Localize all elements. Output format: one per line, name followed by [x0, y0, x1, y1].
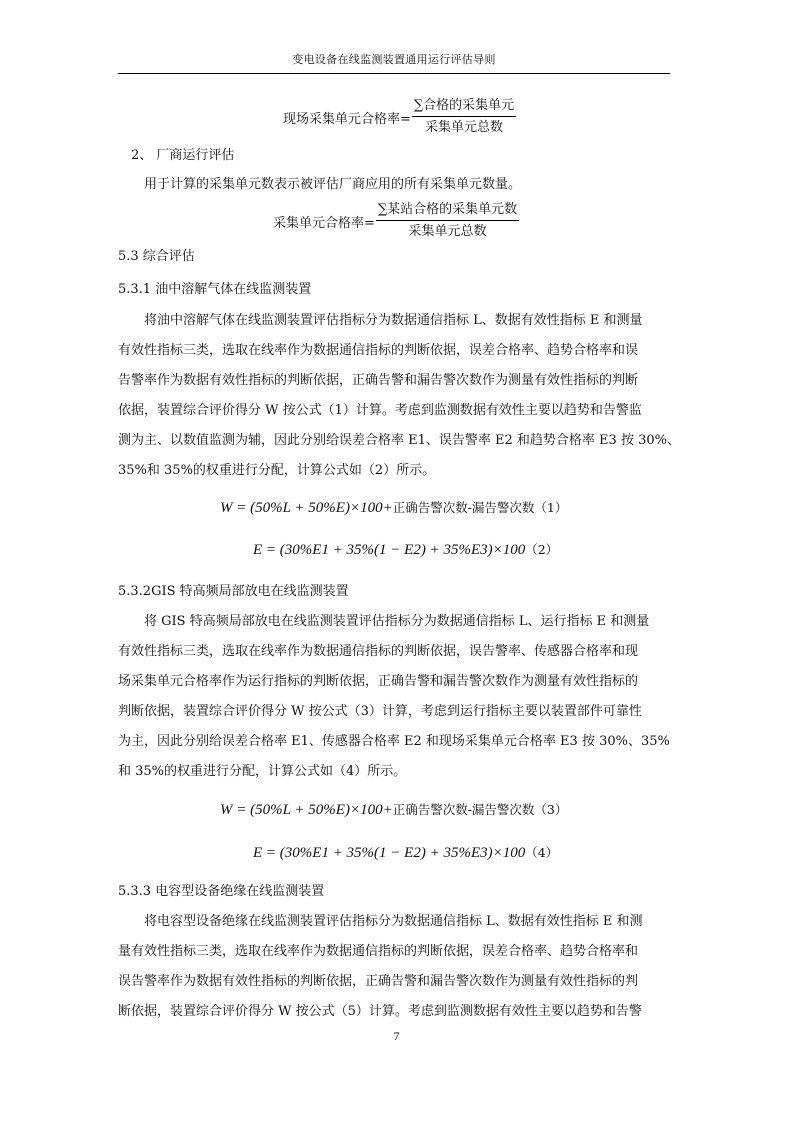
paragraph-line: 依据，装置综合评价得分 W 按公式（1）计算。考虑到监测数据有效性主要以趋势和告…	[118, 402, 678, 420]
paragraph-line: 有效性指标三类，选取在线率作为数据通信指标的判断依据，误差合格率、趋势合格率和误	[118, 342, 678, 360]
paragraph-line: 误告警率作为数据有效性指标的判断依据，正确告警和漏告警次数作为测量有效性指标的判	[118, 973, 678, 991]
paragraph-line: 将油中溶解气体在线监测装置评估指标分为数据通信指标 L、数据有效性指标 E 和测…	[144, 312, 704, 330]
page-number: 7	[0, 1029, 793, 1044]
equation-4: E = (30%E1 + 35%(1 − E2) + 35%E3)×100（4）	[253, 843, 558, 863]
paragraph-line: 为主，因此分别给误差合格率 E1、传感器合格率 E2 和现场采集单元合格率 E3…	[118, 733, 678, 751]
paragraph-line: 判断依据，装置综合评价得分 W 按公式（3）计算，考虑到运行指标主要以装置部件可…	[118, 703, 678, 721]
equation-math: E = (30%E1 + 35%(1 − E2) + 35%E3)×100	[253, 845, 525, 861]
paragraph-line: 测为主、以数值监测为辅，因此分别给误差合格率 E1、误告警率 E2 和趋势合格率…	[118, 432, 678, 450]
running-header: 变电设备在线监测装置通用运行评估导则	[118, 52, 670, 68]
section-heading-vendor-eval: 2、 厂商运行评估	[131, 147, 691, 165]
formula-field-unit-pass-rate: 现场采集单元合格率= ∑合格的采集单元 采集单元总数	[283, 98, 516, 136]
equation-text: 正确告警次数-漏告警次数（3）	[393, 802, 568, 817]
paragraph-line: 场采集单元合格率作为运行指标的判断依据，正确告警和漏告警次数作为测量有效性指标的	[118, 673, 678, 691]
formula-lhs: 现场采集单元合格率=	[283, 108, 411, 127]
paragraph-line: 和 35%的权重进行分配，计算公式如（4）所示。	[118, 763, 678, 781]
equation-text: （4）	[525, 845, 558, 860]
equation-text: （2）	[525, 542, 558, 557]
section-heading-5-3-3: 5.3.3 电容型设备绝缘在线监测装置	[118, 883, 678, 901]
paragraph-line: 有效性指标三类，选取在线率作为数据通信指标的判断依据，误告警率、传感器合格率和现	[118, 643, 678, 661]
formula-unit-pass-rate: 采集单元合格率= ∑某站合格的采集单元数 采集单元总数	[273, 202, 519, 240]
formula-lhs: 采集单元合格率=	[273, 212, 375, 231]
section-heading-5-3-1: 5.3.1 油中溶解气体在线监测装置	[118, 281, 678, 299]
denominator: 采集单元总数	[409, 221, 487, 240]
fraction: ∑某站合格的采集单元数 采集单元总数	[376, 202, 519, 240]
equation-math: W = (50%L + 50%E)×100+	[220, 802, 393, 818]
section-heading-5-3-2: 5.3.2GIS 特高频局部放电在线监测装置	[118, 583, 678, 601]
section-heading-5-3: 5.3 综合评估	[118, 248, 678, 266]
equation-2: E = (30%E1 + 35%(1 − E2) + 35%E3)×100（2）	[253, 540, 558, 560]
equation-math: W = (50%L + 50%E)×100+	[220, 500, 393, 516]
equation-math: E = (30%E1 + 35%(1 − E2) + 35%E3)×100	[253, 542, 525, 558]
equation-text: 正确告警次数-漏告警次数（1）	[393, 500, 568, 515]
paragraph-line: 量有效性指标三类，选取在线率作为数据通信指标的判断依据，误差合格率、趋势合格率和	[118, 943, 678, 961]
paragraph-line: 将 GIS 特高频局部放电在线监测装置评估指标分为数据通信指标 L、运行指标 E…	[144, 613, 704, 631]
paragraph-line: 告警率作为数据有效性指标的判断依据，正确告警和漏告警次数作为测量有效性指标的判断	[118, 372, 678, 390]
paragraph-line: 35%和 35%的权重进行分配，计算公式如（2）所示。	[118, 462, 678, 480]
equation-3: W = (50%L + 50%E)×100+正确告警次数-漏告警次数（3）	[220, 800, 567, 820]
denominator: 采集单元总数	[425, 117, 503, 136]
equation-1: W = (50%L + 50%E)×100+正确告警次数-漏告警次数（1）	[220, 498, 567, 518]
header-divider	[118, 73, 670, 74]
paragraph-line: 将电容型设备绝缘在线监测装置评估指标分为数据通信指标 L、数据有效性指标 E 和…	[144, 913, 704, 931]
numerator: ∑合格的采集单元	[412, 98, 516, 117]
paragraph-vendor-eval: 用于计算的采集单元数表示被评估厂商应用的所有采集单元数量。	[144, 176, 704, 194]
numerator: ∑某站合格的采集单元数	[376, 202, 519, 221]
fraction: ∑合格的采集单元 采集单元总数	[412, 98, 516, 136]
paragraph-line: 断依据，装置综合评价得分 W 按公式（5）计算。考虑到监测数据有效性主要以趋势和…	[118, 1003, 678, 1021]
